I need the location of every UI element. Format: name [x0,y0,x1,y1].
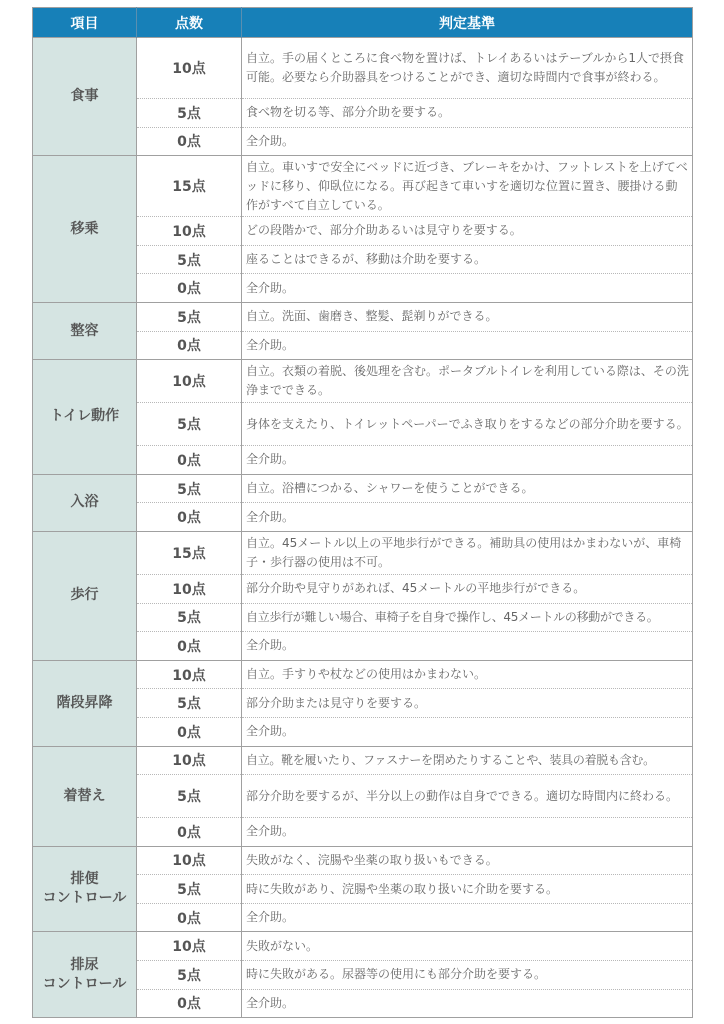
header-score: 点数 [137,8,242,38]
criteria-cell: 座ることはできるが、移動は介助を要する。 [242,245,693,274]
table-row: 食事 10点 自立。手の届くところに食べ物を置けば、トレイあるいはテーブルから1… [33,38,693,99]
criteria-cell: 全介助。 [242,989,693,1018]
criteria-cell: 自立。車いすで安全にベッドに近づき、ブレーキをかけ、フットレストを上げてベッドに… [242,156,693,217]
criteria-cell: 自立。靴を履いたり、ファスナーを閉めたりすることや、装具の着脱も含む。 [242,746,693,775]
score-cell: 5点 [137,775,242,818]
score-cell: 0点 [137,274,242,303]
criteria-cell: 全介助。 [242,503,693,532]
header-criteria: 判定基準 [242,8,693,38]
score-cell: 0点 [137,632,242,661]
score-cell: 5点 [137,474,242,503]
criteria-cell: 全介助。 [242,632,693,661]
item-meal: 食事 [33,38,137,156]
item-transfer: 移乗 [33,156,137,303]
criteria-cell: 全介助。 [242,818,693,847]
criteria-cell: 自立。衣類の着脱、後処理を含む。ポータブルトイレを利用している際は、その洗浄まで… [242,360,693,403]
table-row: 排尿 コントロール 10点 失敗がない。 [33,932,693,961]
score-cell: 10点 [137,360,242,403]
score-cell: 5点 [137,99,242,128]
score-cell: 5点 [137,689,242,718]
criteria-cell: 全介助。 [242,331,693,360]
score-cell: 10点 [137,574,242,603]
criteria-cell: 部分介助を要するが、半分以上の動作は自身でできる。適切な時間内に終わる。 [242,775,693,818]
score-cell: 0点 [137,989,242,1018]
criteria-cell: 部分介助または見守りを要する。 [242,689,693,718]
criteria-cell: どの段階かで、部分介助あるいは見守りを要する。 [242,217,693,246]
table-row: 入浴 5点 自立。浴槽につかる、シャワーを使うことができる。 [33,474,693,503]
table-row: 歩行 15点 自立。45メートル以上の平地歩行ができる。補助具の使用はかまわない… [33,531,693,574]
criteria-cell: 失敗がない。 [242,932,693,961]
score-cell: 10点 [137,217,242,246]
score-cell: 10点 [137,660,242,689]
item-walking: 歩行 [33,531,137,660]
criteria-cell: 自立。洗面、歯磨き、整髪、髭剃りができる。 [242,302,693,331]
table-row: 階段昇降 10点 自立。手すりや杖などの使用はかまわない。 [33,660,693,689]
score-cell: 0点 [137,903,242,932]
item-label-line1: 排尿 [33,956,136,975]
item-label-line1: 排便 [33,870,136,889]
score-cell: 0点 [137,127,242,156]
score-cell: 15点 [137,156,242,217]
criteria-cell: 自立。浴槽につかる、シャワーを使うことができる。 [242,474,693,503]
barthel-index-table: 項目 点数 判定基準 食事 10点 自立。手の届くところに食べ物を置けば、トレイ… [32,7,693,1018]
criteria-cell: 全介助。 [242,127,693,156]
score-cell: 5点 [137,603,242,632]
score-cell: 10点 [137,38,242,99]
criteria-cell: 部分介助や見守りがあれば、45メートルの平地歩行ができる。 [242,574,693,603]
item-bathing: 入浴 [33,474,137,531]
score-cell: 5点 [137,403,242,446]
criteria-cell: 自立。手の届くところに食べ物を置けば、トレイあるいはテーブルから1人で摂食可能。… [242,38,693,99]
score-cell: 0点 [137,717,242,746]
item-stairs: 階段昇降 [33,660,137,746]
score-cell: 5点 [137,961,242,990]
table-row: 移乗 15点 自立。車いすで安全にベッドに近づき、ブレーキをかけ、フットレストを… [33,156,693,217]
score-cell: 5点 [137,875,242,904]
criteria-cell: 全介助。 [242,274,693,303]
score-cell: 0点 [137,818,242,847]
item-bladder-control: 排尿 コントロール [33,932,137,1018]
score-cell: 5点 [137,302,242,331]
criteria-cell: 時に失敗があり、浣腸や坐薬の取り扱いに介助を要する。 [242,875,693,904]
score-cell: 10点 [137,746,242,775]
score-cell: 5点 [137,245,242,274]
criteria-cell: 自立歩行が難しい場合、車椅子を自身で操作し、45メートルの移動ができる。 [242,603,693,632]
score-cell: 15点 [137,531,242,574]
criteria-cell: 全介助。 [242,446,693,475]
table-row: 着替え 10点 自立。靴を履いたり、ファスナーを閉めたりすることや、装具の着脱も… [33,746,693,775]
item-dressing: 着替え [33,746,137,846]
score-cell: 0点 [137,331,242,360]
item-label-line2: コントロール [33,889,136,908]
header-item: 項目 [33,8,137,38]
criteria-cell: 自立。手すりや杖などの使用はかまわない。 [242,660,693,689]
table-row: 整容 5点 自立。洗面、歯磨き、整髪、髭剃りができる。 [33,302,693,331]
item-toileting: トイレ動作 [33,360,137,475]
item-bowel-control: 排便 コントロール [33,846,137,932]
score-cell: 10点 [137,932,242,961]
item-grooming: 整容 [33,302,137,359]
criteria-cell: 全介助。 [242,903,693,932]
score-cell: 0点 [137,503,242,532]
table-row: トイレ動作 10点 自立。衣類の着脱、後処理を含む。ポータブルトイレを利用してい… [33,360,693,403]
criteria-cell: 食べ物を切る等、部分介助を要する。 [242,99,693,128]
header-row: 項目 点数 判定基準 [33,8,693,38]
criteria-cell: 失敗がなく、浣腸や坐薬の取り扱いもできる。 [242,846,693,875]
criteria-cell: 全介助。 [242,717,693,746]
criteria-cell: 時に失敗がある。尿器等の使用にも部分介助を要する。 [242,961,693,990]
table-row: 排便 コントロール 10点 失敗がなく、浣腸や坐薬の取り扱いもできる。 [33,846,693,875]
score-cell: 0点 [137,446,242,475]
item-label-line2: コントロール [33,975,136,994]
criteria-cell: 身体を支えたり、トイレットペーパーでふき取りをするなどの部分介助を要する。 [242,403,693,446]
criteria-cell: 自立。45メートル以上の平地歩行ができる。補助具の使用はかまわないが、車椅子・歩… [242,531,693,574]
score-cell: 10点 [137,846,242,875]
